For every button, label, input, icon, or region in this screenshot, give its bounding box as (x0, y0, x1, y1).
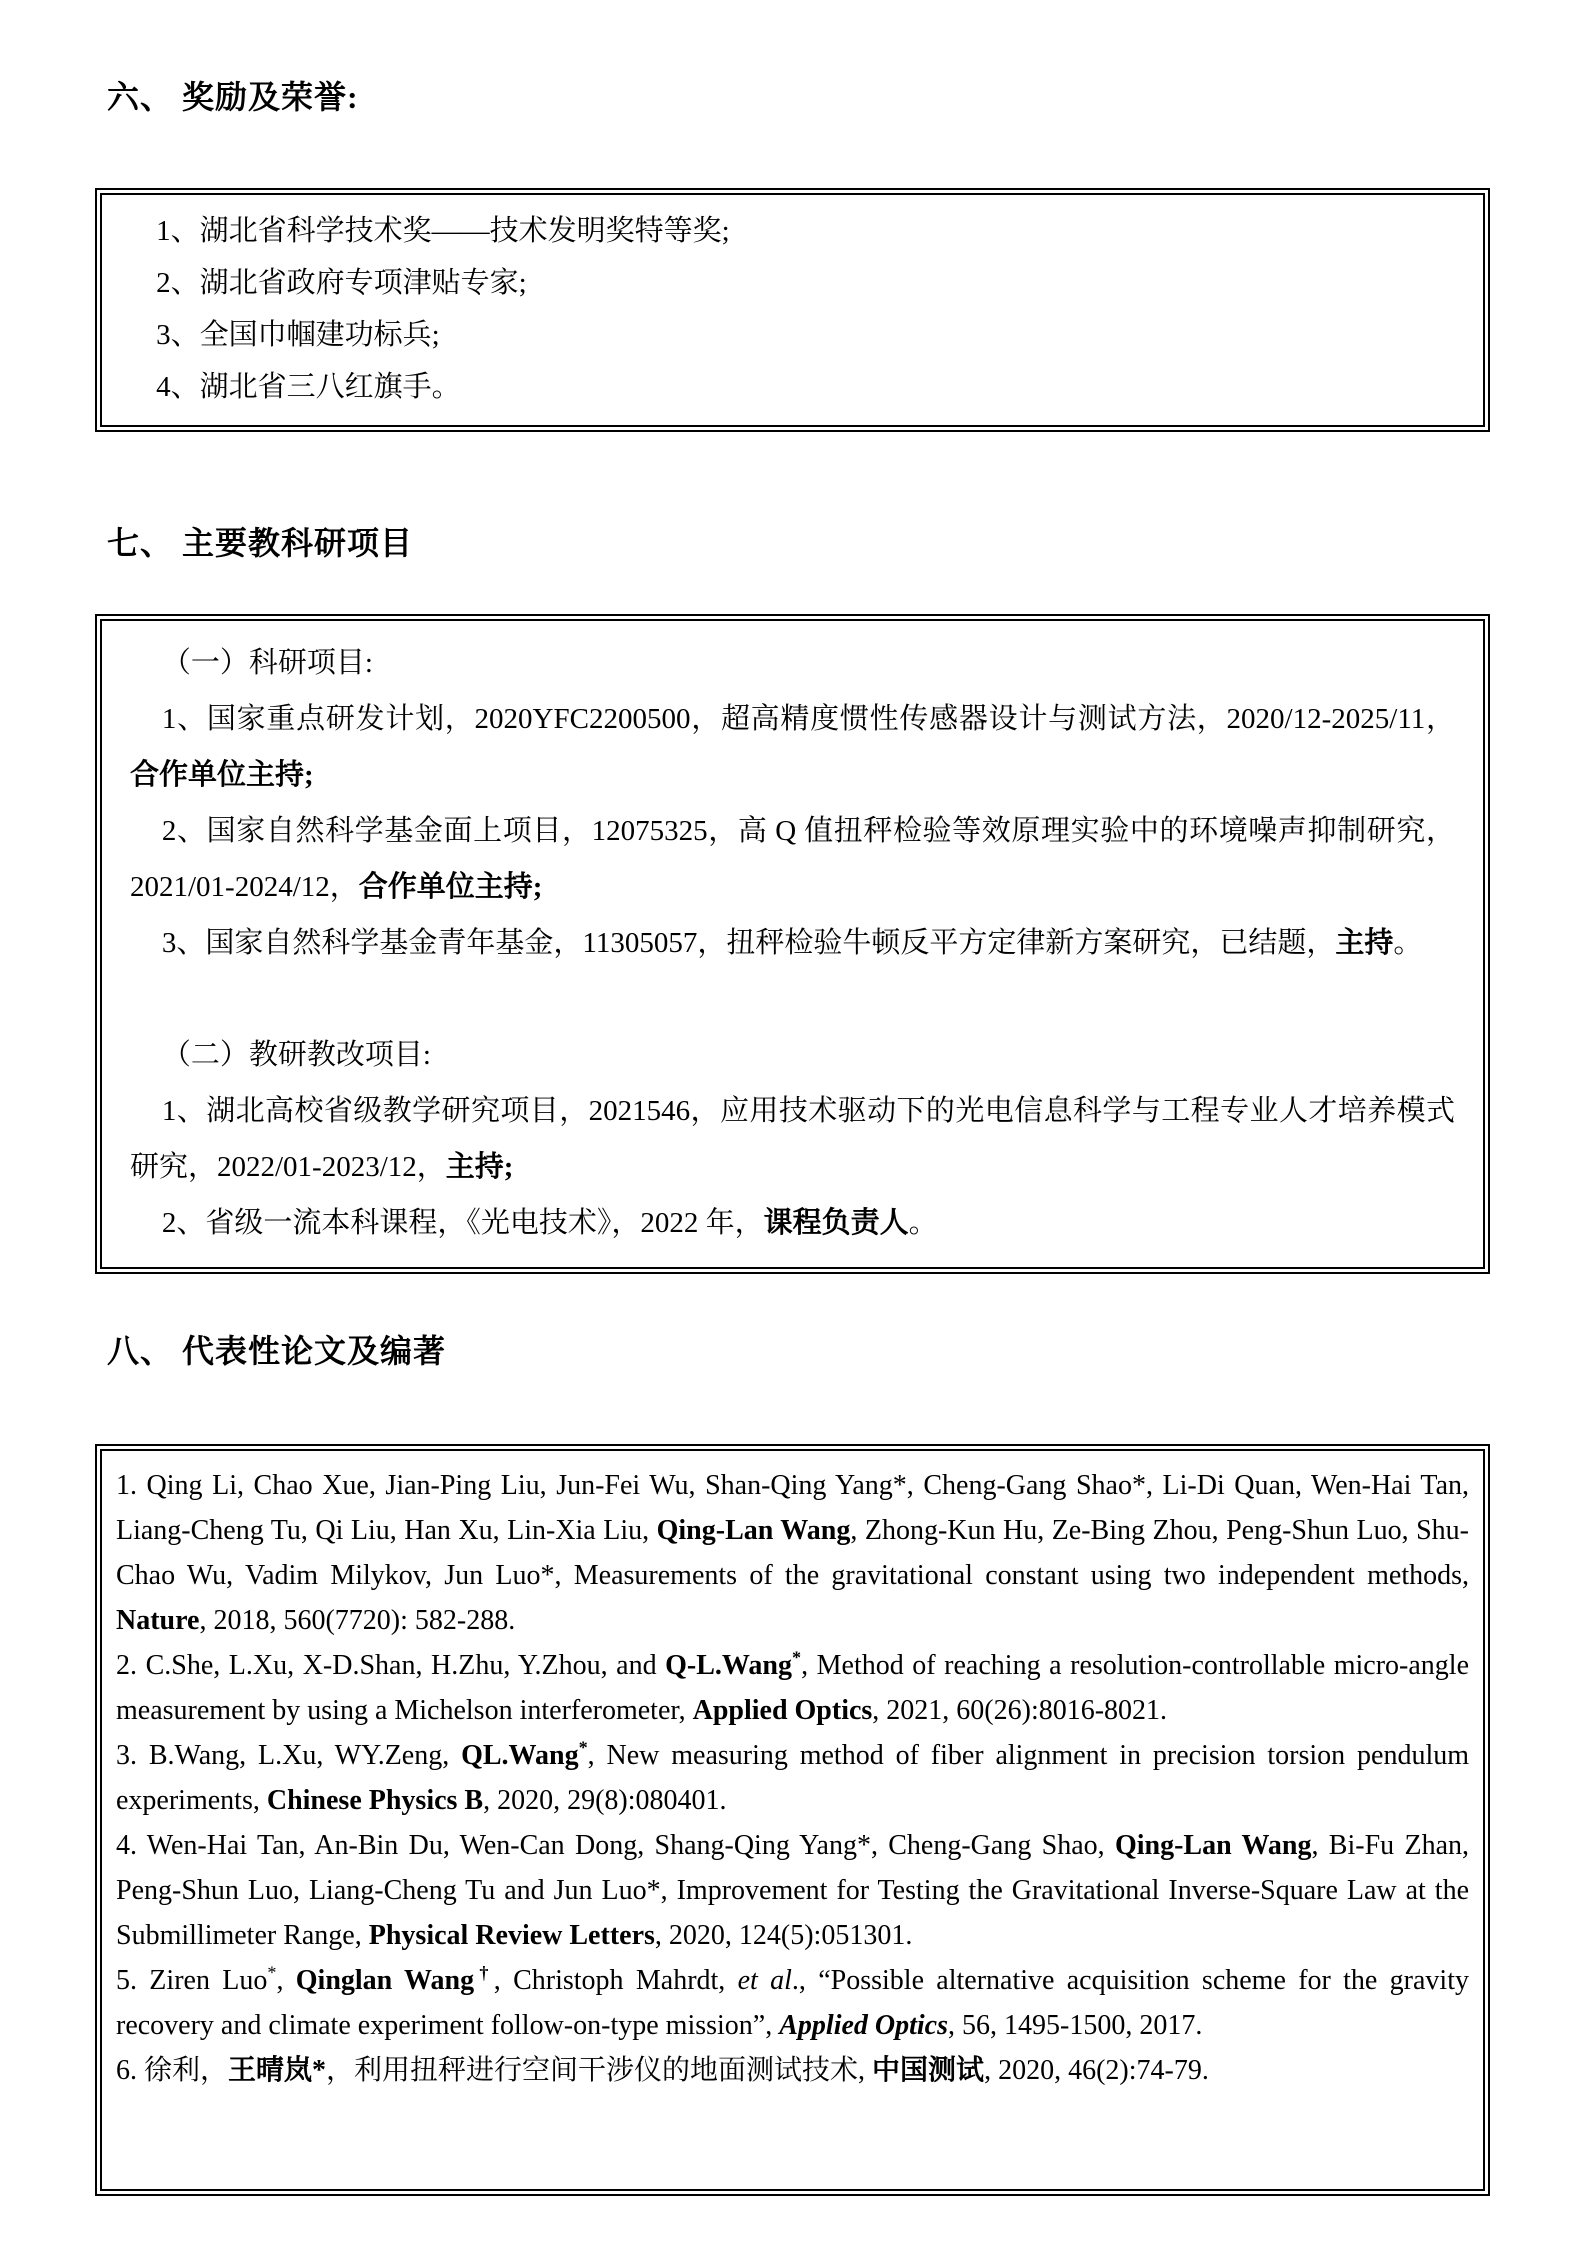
text-segment: et al (738, 1965, 792, 1996)
text-segment: Qing-Lan Wang (657, 1515, 851, 1546)
projects-section-heading: 七、 主要教科研项目 (107, 518, 1490, 564)
projects-box-inner: （一）科研项目: 1、国家重点研发计划，2020YFC2200500，超高精度惯… (100, 619, 1485, 1269)
text-segment: , 2020, 124(5):051301. (655, 1920, 912, 1951)
text-segment: QL.Wang (461, 1740, 578, 1771)
text-segment: Chinese Physics B (267, 1785, 483, 1816)
publications-box-inner: 1. Qing Li, Chao Xue, Jian-Ping Liu, Jun… (100, 1449, 1485, 2191)
teaching-project-item: 2、省级一流本科课程，《光电技术》，2022 年，课程负责人。 (130, 1195, 1455, 1251)
publications-box: 1. Qing Li, Chao Xue, Jian-Ping Liu, Jun… (95, 1444, 1490, 2196)
text-segment: † (474, 1963, 494, 1983)
publication-item: 3. B.Wang, L.Xu, WY.Zeng, QL.Wang*, New … (116, 1733, 1469, 1823)
text-segment: , 2018, 560(7720): 582-288. (199, 1605, 515, 1636)
award-item: 2、湖北省政府专项津贴专家; (130, 257, 1455, 309)
research-project-item: 2、国家自然科学基金面上项目，12075325，高 Q 值扭秤检验等效原理实验中… (130, 803, 1455, 915)
publication-item: 5. Ziren Luo*, Qinglan Wang†, Christoph … (116, 1958, 1469, 2048)
text-segment: 合作单位主持; (130, 759, 314, 791)
teaching-project-item: 1、湖北高校省级教学研究项目，2021546，应用技术驱动下的光电信息科学与工程… (130, 1083, 1455, 1195)
projects-box: （一）科研项目: 1、国家重点研发计划，2020YFC2200500，超高精度惯… (95, 614, 1490, 1274)
research-projects-label: （一）科研项目: (130, 635, 1455, 691)
text-segment: 主持 (1335, 927, 1393, 959)
text-segment: 。 (1393, 927, 1422, 959)
text-segment: 课程负责人 (764, 1207, 909, 1239)
text-segment: Nature (116, 1605, 199, 1636)
text-segment: , 2020, 46(2):74-79. (984, 2055, 1209, 2086)
text-segment: 6. 徐利， (116, 2055, 228, 2086)
research-project-item: 1、国家重点研发计划，2020YFC2200500，超高精度惯性传感器设计与测试… (130, 691, 1455, 803)
publication-item: 4. Wen-Hai Tan, An-Bin Du, Wen-Can Dong,… (116, 1823, 1469, 1958)
teaching-projects-label: （二）教研教改项目: (130, 1027, 1455, 1083)
text-segment: Q-L.Wang (665, 1650, 792, 1681)
text-segment: Qinglan Wang (296, 1965, 474, 1996)
awards-box: 1、湖北省科学技术奖——技术发明奖特等奖; 2、湖北省政府专项津贴专家; 3、全… (95, 188, 1490, 432)
text-segment: 4. Wen-Hai Tan, An-Bin Du, Wen-Can Dong,… (116, 1830, 1115, 1861)
text-segment: 主持; (446, 1151, 514, 1183)
text-segment: 2、国家自然科学基金面上项目，12075325，高 Q 值扭秤检验等效原理实验中… (130, 815, 1455, 903)
text-segment: , 2020, 29(8):080401. (483, 1785, 726, 1816)
text-segment: 1、国家重点研发计划，2020YFC2200500，超高精度惯性传感器设计与测试… (162, 703, 1455, 735)
blank-line (130, 971, 1455, 1027)
text-segment: 2、省级一流本科课程，《光电技术》，2022 年， (162, 1207, 764, 1239)
research-project-item: 3、国家自然科学基金青年基金，11305057，扭秤检验牛顿反平方定律新方案研究… (130, 915, 1455, 971)
awards-section-heading: 六、 奖励及荣誉: (107, 72, 1490, 118)
text-segment: , Christoph Mahrdt, (494, 1965, 738, 1996)
publications-section-heading: 八、 代表性论文及编著 (107, 1326, 1490, 1372)
document-page: 六、 奖励及荣誉: 1、湖北省科学技术奖——技术发明奖特等奖; 2、湖北省政府专… (0, 0, 1587, 2245)
text-segment: ，利用扭秤进行空间干涉仪的地面测试技术, (326, 2055, 872, 2086)
text-segment: Applied Optics (693, 1695, 873, 1726)
text-segment: , 56, 1495-1500, 2017. (948, 2010, 1202, 2041)
text-segment: , (276, 1965, 295, 1996)
text-segment: 5. Ziren Luo (116, 1965, 267, 1996)
awards-box-inner: 1、湖北省科学技术奖——技术发明奖特等奖; 2、湖北省政府专项津贴专家; 3、全… (100, 193, 1485, 427)
text-segment: 。 (909, 1207, 938, 1239)
text-segment: * (792, 1648, 801, 1668)
text-segment: 合作单位主持; (359, 871, 543, 903)
text-segment: 王晴岚* (228, 2055, 326, 2086)
text-segment: Applied Optics (779, 2010, 948, 2041)
text-segment: Physical Review Letters (369, 1920, 655, 1951)
award-item: 3、全国巾帼建功标兵; (130, 309, 1455, 361)
publication-item: 2. C.She, L.Xu, X-D.Shan, H.Zhu, Y.Zhou,… (116, 1643, 1469, 1733)
award-item: 1、湖北省科学技术奖——技术发明奖特等奖; (130, 205, 1455, 257)
text-segment: 3. B.Wang, L.Xu, WY.Zeng, (116, 1740, 461, 1771)
text-segment: * (579, 1738, 588, 1758)
award-item: 4、湖北省三八红旗手。 (130, 361, 1455, 413)
publication-item: 6. 徐利，王晴岚*，利用扭秤进行空间干涉仪的地面测试技术, 中国测试, 202… (116, 2048, 1469, 2093)
text-segment: Qing-Lan Wang (1115, 1830, 1312, 1861)
text-segment: 1、湖北高校省级教学研究项目，2021546，应用技术驱动下的光电信息科学与工程… (130, 1095, 1455, 1183)
text-segment: 2. C.She, L.Xu, X-D.Shan, H.Zhu, Y.Zhou,… (116, 1650, 665, 1681)
text-segment: , 2021, 60(26):8016-8021. (872, 1695, 1167, 1726)
text-segment: 中国测试 (872, 2055, 984, 2086)
publication-item: 1. Qing Li, Chao Xue, Jian-Ping Liu, Jun… (116, 1463, 1469, 1643)
text-segment: 3、国家自然科学基金青年基金，11305057，扭秤检验牛顿反平方定律新方案研究… (162, 927, 1335, 959)
